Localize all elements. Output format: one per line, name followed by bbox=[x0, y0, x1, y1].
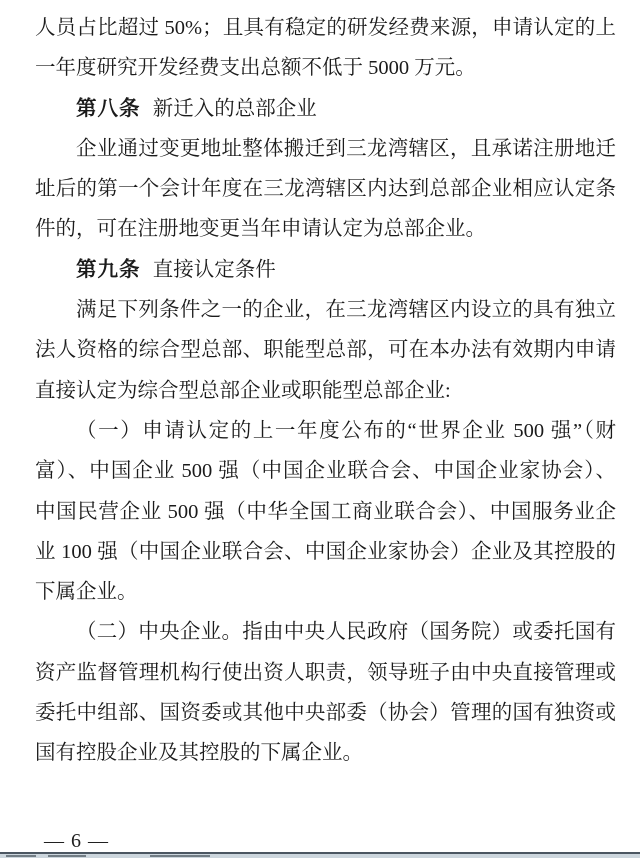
scan-smudge bbox=[6, 855, 36, 858]
text-line: 直接认定为综合型总部企业或职能型总部企业: bbox=[35, 371, 616, 411]
text-line: （一）申请认定的上一年度公布的“世界企业 500 强”（财 bbox=[35, 411, 616, 451]
text-line: 业 100 强（中国企业联合会、中国企业家协会）企业及其控股的 bbox=[35, 532, 616, 572]
text-line: 国有控股企业及其控股的下属企业。 bbox=[35, 733, 616, 773]
document-body: 人员占比超过 50%；且具有稳定的研发经费来源，申请认定的上一年度研究开发经费支… bbox=[35, 8, 616, 774]
article-title: 新迁入的总部企业 bbox=[153, 98, 317, 120]
scan-smudge bbox=[150, 855, 210, 858]
text-line: 资产监督管理机构行使出资人职责，领导班子由中央直接管理或 bbox=[35, 653, 616, 693]
text-line: 企业通过变更地址整体搬迁到三龙湾辖区，且承诺注册地迁 bbox=[35, 129, 616, 169]
scan-edge-band bbox=[0, 854, 640, 858]
article-number: 第八条 bbox=[76, 97, 141, 120]
article-number: 第九条 bbox=[76, 258, 141, 281]
text-line: 人员占比超过 50%；且具有稳定的研发经费来源，申请认定的上 bbox=[35, 8, 616, 48]
page-number: — 6 — bbox=[44, 830, 109, 852]
text-line: 件的，可在注册地变更当年申请认定为总部企业。 bbox=[35, 209, 616, 249]
text-line: 法人资格的综合型总部、职能型总部，可在本办法有效期内申请 bbox=[35, 330, 616, 370]
text-line: 下属企业。 bbox=[35, 572, 616, 612]
article-heading-line: 第八条新迁入的总部企业 bbox=[35, 89, 616, 129]
article-heading-line: 第九条直接认定条件 bbox=[35, 250, 616, 290]
text-line: 一年度研究开发经费支出总额不低于 5000 万元。 bbox=[35, 48, 616, 88]
page-footer: — 6 — bbox=[44, 830, 109, 852]
text-line: 委托中组部、国资委或其他中央部委（协会）管理的国有独资或 bbox=[35, 693, 616, 733]
text-line: 址后的第一个会计年度在三龙湾辖区内达到总部企业相应认定条 bbox=[35, 169, 616, 209]
document-page: 人员占比超过 50%；且具有稳定的研发经费来源，申请认定的上一年度研究开发经费支… bbox=[0, 0, 640, 858]
article-title: 直接认定条件 bbox=[153, 259, 276, 281]
text-line: （二）中央企业。指由中央人民政府（国务院）或委托国有 bbox=[35, 612, 616, 652]
text-line: 满足下列条件之一的企业，在三龙湾辖区内设立的具有独立 bbox=[35, 290, 616, 330]
text-line: 中国民营企业 500 强（中华全国工商业联合会）、中国服务业企 bbox=[35, 492, 616, 532]
scan-smudge bbox=[48, 855, 86, 858]
text-line: 富）、中国企业 500 强（中国企业联合会、中国企业家协会）、 bbox=[35, 451, 616, 491]
